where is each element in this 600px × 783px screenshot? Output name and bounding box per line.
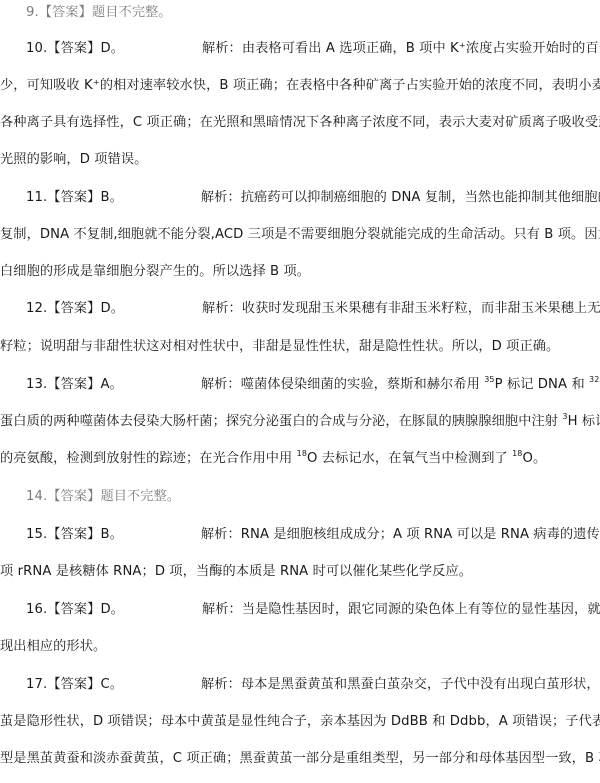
- analysis-line: 蛋白质的两种噬菌体去侵染大肠杆菌；探究分泌蛋白的合成与分泌，在豚鼠的胰腺腺细胞中…: [0, 413, 600, 431]
- analysis-label: 解析：: [202, 602, 242, 617]
- analysis-label: 解析：: [202, 41, 242, 56]
- answer-label: 【答案】: [47, 489, 100, 504]
- answer-item-11-header: 11.【答案】B。解析：抗癌药可以抑制癌细胞的 DNA 复制，当然也能抑制其他细…: [26, 189, 600, 207]
- answer-choice: B。: [100, 527, 122, 542]
- answer-label: 【答案】: [47, 527, 100, 542]
- answer-choice: D。: [100, 301, 124, 316]
- analysis-line: 项 rRNA 是核糖体 RNA；D 项，当酶的本质是 RNA 时可以催化某些化学…: [0, 563, 600, 581]
- answer-item-14: 14.【答案】题目不完整。: [26, 488, 600, 506]
- item-number: 9.: [26, 5, 39, 20]
- answer-choice: B。: [100, 190, 122, 205]
- analysis-text: 收获时发现甜玉米果穗有非甜玉米籽粒，而非甜玉米果穗上无甜玉米: [242, 301, 600, 316]
- answer-label: 【答案】: [47, 377, 100, 392]
- analysis-label: 解析：: [201, 677, 241, 692]
- analysis-label: 解析：: [201, 527, 241, 542]
- analysis-text: RNA 是细胞核组成成分；A 项 RNA 可以是 RNA 病毒的遗传物质；C: [241, 527, 600, 542]
- analysis-text: 的亮氨酸，检测到放射性的踪迹；在光合作用中用: [0, 451, 297, 466]
- analysis-line: 少，可知吸收 K⁺的相对速率较水快，B 项正确；在表格中各种矿离子占实验开始的浓…: [0, 77, 600, 95]
- answer-item-9: 9.【答案】题目不完整。: [26, 4, 600, 22]
- analysis-text: H 标记: [568, 414, 600, 429]
- analysis-line: 籽粒；说明甜与非甜性状这对相对性状中，非甜是显性性状，甜是隐性性状。所以，D 项…: [0, 338, 600, 356]
- answer-item-16-header: 16.【答案】D。解析：当是隐性基因时，跟它同源的染色体上有等位的显性基因，就不…: [26, 601, 600, 619]
- analysis-text: 噬菌体侵染细菌的实验，蔡斯和赫尔希用: [241, 377, 484, 392]
- analysis-label: 解析：: [201, 377, 241, 392]
- isotope-mass-number: 18: [512, 449, 522, 458]
- analysis-label: 解析：: [201, 190, 241, 205]
- item-number: 14.: [26, 489, 47, 504]
- answer-choice: C。: [100, 677, 123, 692]
- isotope-mass-number: 35: [484, 375, 494, 384]
- answer-key-document: 9.【答案】题目不完整。 10.【答案】D。解析：由表格可看出 A 选项正确，B…: [0, 0, 600, 783]
- analysis-line: 茧是隐形性状，D 项错误；母本中黄茧是显性纯合子，亲本基因为 DdBB 和 Dd…: [0, 713, 600, 731]
- analysis-text: 由表格可看出 A 选项正确，B 项中 K⁺浓度占实验开始时的百分比最: [242, 41, 600, 56]
- analysis-line: 各种离子具有选择性，C 项正确；在光照和黑暗情况下各种离子浓度不同，表示大麦对矿…: [0, 114, 600, 132]
- answer-item-12-header: 12.【答案】D。解析：收获时发现甜玉米果穗有非甜玉米籽粒，而非甜玉米果穗上无甜…: [26, 300, 600, 318]
- answer-text: 题目不完整。: [92, 5, 172, 20]
- answer-item-15-header: 15.【答案】B。解析：RNA 是细胞核组成成分；A 项 RNA 可以是 RNA…: [26, 526, 600, 544]
- answer-label: 【答案】: [47, 301, 100, 316]
- isotope-mass-number: 32: [589, 375, 599, 384]
- analysis-line: 的亮氨酸，检测到放射性的踪迹；在光合作用中用 18O 去标记水，在氧气当中检测到…: [0, 450, 600, 468]
- item-number: 17.: [26, 677, 47, 692]
- analysis-line: 光照的影响，D 项错误。: [0, 151, 600, 169]
- item-number: 15.: [26, 527, 47, 542]
- analysis-line: 复制，DNA 不复制,细胞就不能分裂,ACD 三项是不需要细胞分裂就能完成的生命…: [0, 226, 600, 244]
- isotope-mass-number: 18: [297, 449, 307, 458]
- analysis-text: P 标记 DNA 和: [495, 377, 589, 392]
- answer-choice: D。: [100, 41, 124, 56]
- answer-label: 【答案】: [47, 190, 100, 205]
- analysis-text: O。: [523, 451, 547, 466]
- item-number: 10.: [26, 41, 47, 56]
- item-number: 16.: [26, 602, 47, 617]
- item-number: 11.: [26, 190, 47, 205]
- analysis-label: 解析：: [202, 301, 242, 316]
- answer-choice: D。: [100, 602, 124, 617]
- answer-item-17-header: 17.【答案】C。解析：母本是黑蚕黄茧和黑蚕白茧杂交，子代中没有出现白茧形状，说…: [26, 676, 600, 694]
- answer-label: 【答案】: [47, 602, 100, 617]
- answer-choice: A。: [100, 377, 122, 392]
- analysis-text: 抗癌药可以抑制癌细胞的 DNA 复制，当然也能抑制其他细胞的 DNA: [241, 190, 600, 205]
- answer-label: 【答案】: [47, 41, 100, 56]
- answer-item-10-header: 10.【答案】D。解析：由表格可看出 A 选项正确，B 项中 K⁺浓度占实验开始…: [26, 40, 600, 58]
- answer-label: 【答案】: [47, 677, 100, 692]
- answer-text: 题目不完整。: [100, 489, 180, 504]
- item-number: 13.: [26, 377, 47, 392]
- item-number: 12.: [26, 301, 47, 316]
- analysis-line: 现出相应的形状。: [0, 638, 600, 656]
- analysis-line: 白细胞的形成是靠细胞分裂产生的。所以选择 B 项。: [0, 263, 600, 281]
- answer-item-13-header: 13.【答案】A。解析：噬菌体侵染细菌的实验，蔡斯和赫尔希用 35P 标记 DN…: [26, 376, 600, 394]
- analysis-text: 当是隐性基因时，跟它同源的染色体上有等位的显性基因，就不会表: [242, 602, 600, 617]
- analysis-text: 母本是黑蚕黄茧和黑蚕白茧杂交，子代中没有出现白茧形状，说明白: [241, 677, 600, 692]
- answer-label: 【答案】: [39, 5, 92, 20]
- analysis-text: 蛋白质的两种噬菌体去侵染大肠杆菌；探究分泌蛋白的合成与分泌，在豚鼠的胰腺腺细胞中…: [0, 414, 562, 429]
- analysis-text: O 去标记水，在氧气当中检测到了: [307, 451, 512, 466]
- analysis-line: 型是黑茧黄蚕和淡赤蚕黄茧，C 项正确；黑蚕黄茧一部分是重组类型，另一部分和母体基…: [0, 750, 600, 768]
